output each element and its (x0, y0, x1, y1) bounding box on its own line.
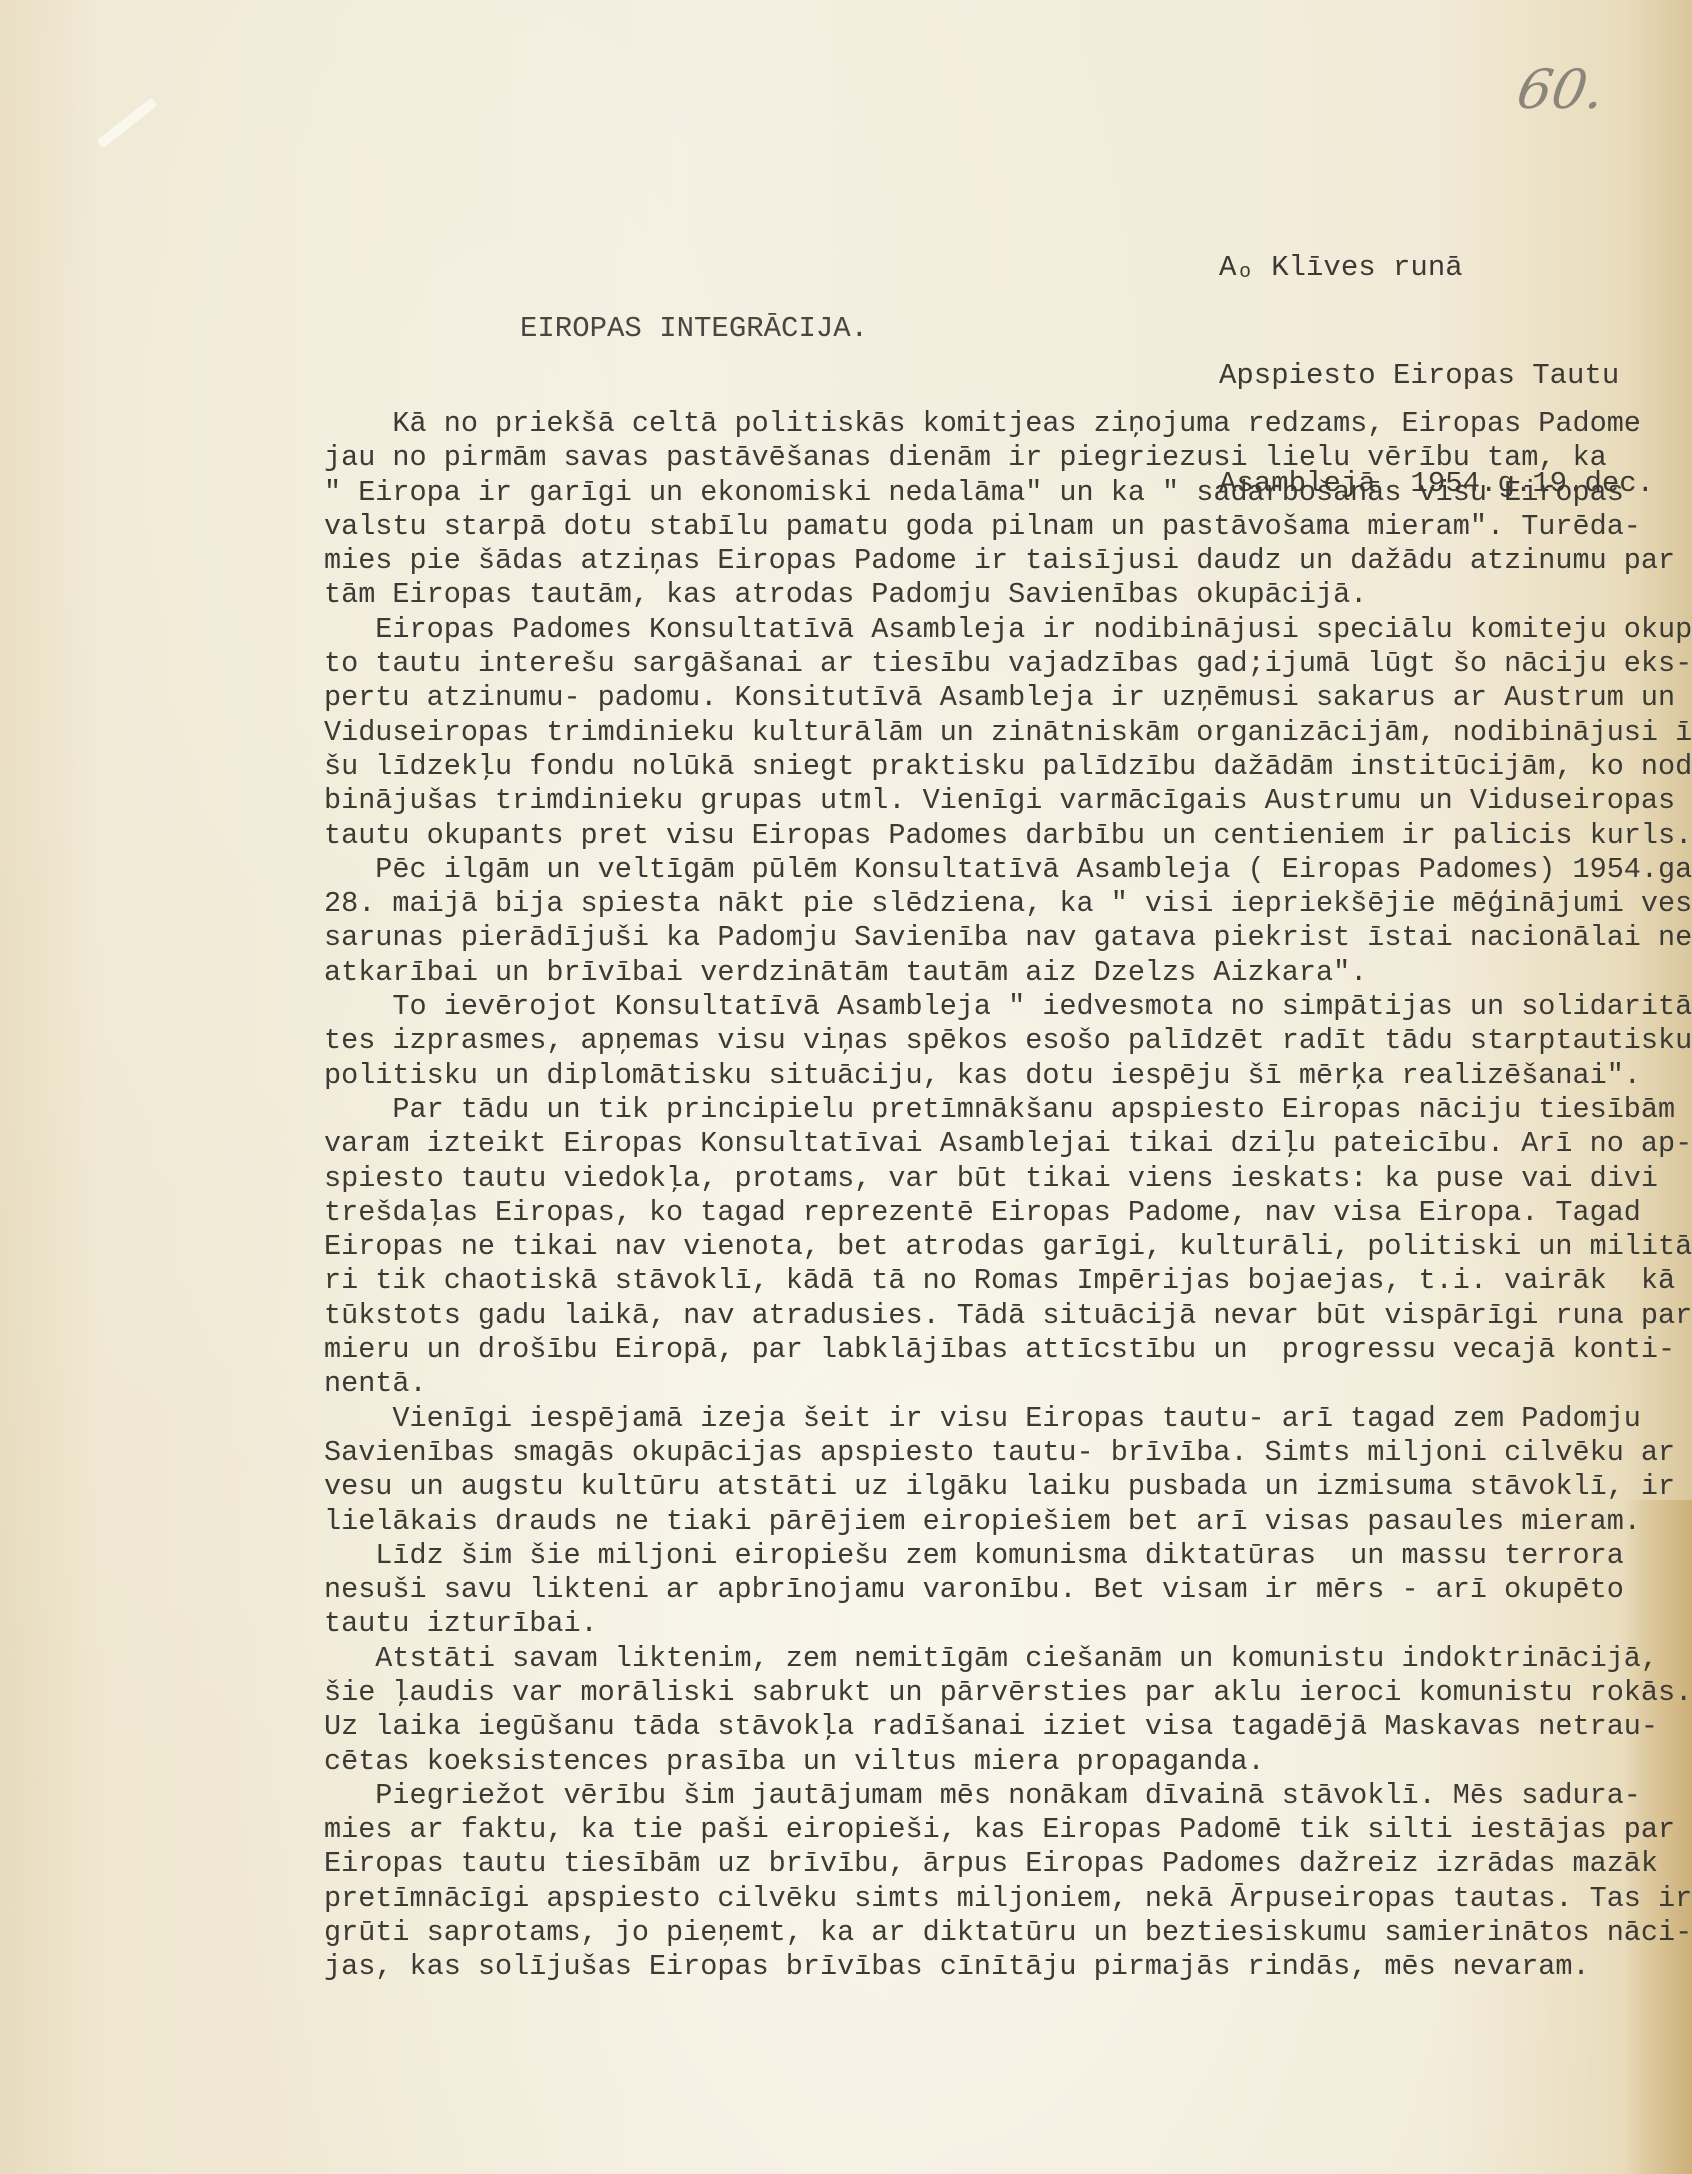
body-line: nentā. (324, 1367, 1692, 1401)
body-line: Pēc ilgām un veltīgām pūlēm Konsultatīvā… (324, 853, 1692, 887)
handwritten-page-number: 60. (1512, 58, 1609, 121)
body-line: Kā no priekšā celtā politiskās komitjeas… (324, 407, 1692, 441)
body-line: Līdz šim šie miljoni eiropiešu zem komun… (324, 1539, 1692, 1573)
body-line: sarunas pierādījuši ka Padomju Savienība… (324, 921, 1692, 955)
body-line: tūkstots gadu laikā, nav atradusies. Tād… (324, 1299, 1692, 1333)
body-line: jau no pirmām savas pastāvēšanas dienām … (324, 441, 1692, 475)
body-line: varam izteikt Eiropas Konsultatīvai Asam… (324, 1127, 1692, 1161)
body-line: tes izprasmes, apņemas visu viņas spēkos… (324, 1024, 1692, 1058)
document-page: 60. Aₒ Klīves runā Apspiesto Eiropas Tau… (0, 0, 1692, 2174)
body-line: Viduseiropas trimdinieku kulturālām un z… (324, 716, 1692, 750)
body-line: Piegriežot vērību šim jautājumam mēs non… (324, 1779, 1692, 1813)
body-line: " Eiropa ir garīgi un ekonomiski nedalām… (324, 476, 1692, 510)
body-line: Uz laika iegūšanu tāda stāvokļa radīšana… (324, 1710, 1692, 1744)
body-line: lielākais drauds ne tiaki pārējiem eirop… (324, 1505, 1692, 1539)
header-line-author: Aₒ Klīves runā (1219, 250, 1654, 286)
paper-tear-mark (96, 98, 157, 149)
body-line: šu līdzekļu fondu nolūkā sniegt praktisk… (324, 750, 1692, 784)
body-line: politisku un diplomātisku situāciju, kas… (324, 1059, 1692, 1093)
body-line: spiesto tautu viedokļa, protams, var būt… (324, 1162, 1692, 1196)
body-line: pretīmnācīgi apspiesto cilvēku simts mil… (324, 1882, 1692, 1916)
body-line: šie ļaudis var morāliski sabrukt un pārv… (324, 1676, 1692, 1710)
body-line: pertu atzinumu- padomu. Konsitutīvā Asam… (324, 681, 1692, 715)
body-line: vesu un augstu kultūru atstāti uz ilgāku… (324, 1470, 1692, 1504)
body-line: mieru un drošību Eiropā, par labklājības… (324, 1333, 1692, 1367)
body-line: Eiropas tautu tiesībām uz brīvību, ārpus… (324, 1847, 1692, 1881)
body-line: ri tik chaotiskā stāvoklī, kādā tā no Ro… (324, 1264, 1692, 1298)
body-line: To ievērojot Konsultatīvā Asambleja " ie… (324, 990, 1692, 1024)
body-line: atkarībai un brīvībai verdzinātām tautām… (324, 956, 1692, 990)
body-line: tautu izturībai. (324, 1607, 1692, 1641)
body-line: Atstāti savam liktenim, zem nemitīgām ci… (324, 1642, 1692, 1676)
body-line: valstu starpā dotu stabīlu pamatu goda p… (324, 510, 1692, 544)
body-line: jas, kas solījušas Eiropas brīvības cīnī… (324, 1950, 1692, 1984)
body-line: nesuši savu likteni ar apbrīnojamu varon… (324, 1573, 1692, 1607)
header-line-assembly: Apspiesto Eiropas Tautu (1219, 358, 1654, 394)
document-body: Kā no priekšā celtā politiskās komitjeas… (324, 407, 1692, 1985)
body-line: Vienīgi iespējamā izeja šeit ir visu Eir… (324, 1402, 1692, 1436)
body-line: tautu okupants pret visu Eiropas Padomes… (324, 819, 1692, 853)
body-line: 28. maijā bija spiesta nākt pie slēdzien… (324, 887, 1692, 921)
body-line: grūti saprotams, jo pieņemt, ka ar dikta… (324, 1916, 1692, 1950)
body-line: trešdaļas Eiropas, ko tagad reprezentē E… (324, 1196, 1692, 1230)
body-line: binājušas trimdinieku grupas utml. Vienī… (324, 784, 1692, 818)
body-line: Eiropas ne tikai nav vienota, bet atroda… (324, 1230, 1692, 1264)
body-line: cētas koeksistences prasība un viltus mi… (324, 1745, 1692, 1779)
body-line: mies ar faktu, ka tie paši eiropieši, ka… (324, 1813, 1692, 1847)
body-line: Par tādu un tik principielu pretīmnākšan… (324, 1093, 1692, 1127)
document-title: EIROPAS INTEGRĀCIJA. (520, 312, 868, 345)
body-line: Savienības smagās okupācijas apspiesto t… (324, 1436, 1692, 1470)
body-line: mies pie šādas atziņas Eiropas Padome ir… (324, 544, 1692, 578)
body-line: Eiropas Padomes Konsultatīvā Asambleja i… (324, 613, 1692, 647)
body-line: tām Eiropas tautām, kas atrodas Padomju … (324, 578, 1692, 612)
body-line: to tautu interešu sargāšanai ar tiesību … (324, 647, 1692, 681)
